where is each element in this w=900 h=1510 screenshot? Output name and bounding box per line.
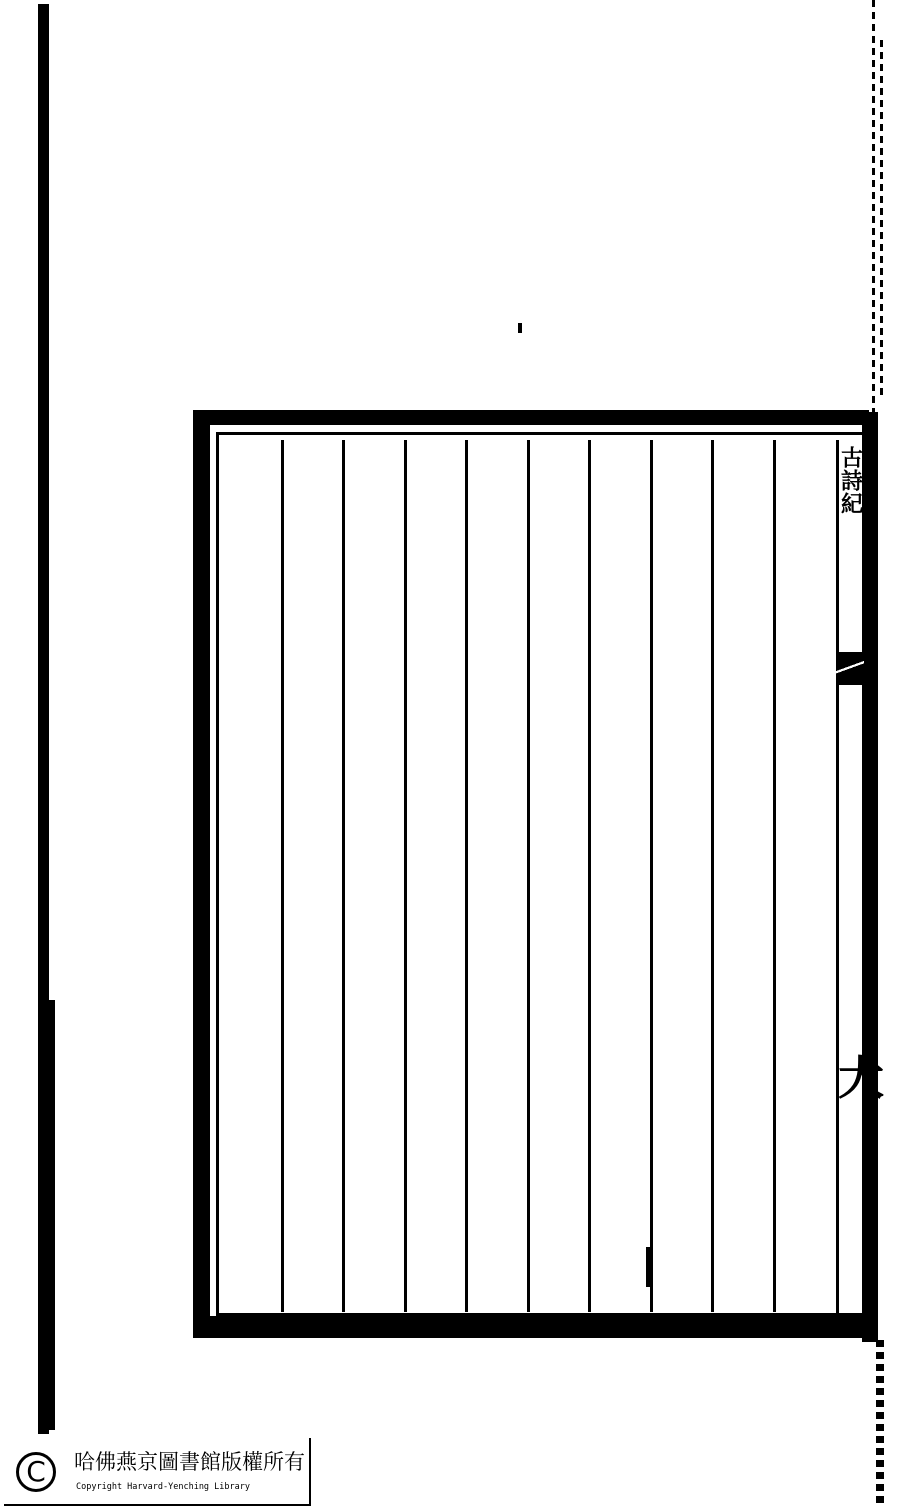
banxin-lower-rule bbox=[836, 685, 839, 1315]
banxin-title-strip: 古詩紀 bbox=[836, 440, 862, 655]
right-page-edge bbox=[872, 0, 875, 420]
ink-speck bbox=[518, 323, 522, 333]
banxin-title: 古詩紀 bbox=[840, 446, 862, 515]
copyright-stamp: C 哈佛燕京圖書館版權所有 Copyright Harvard-Yenching… bbox=[4, 1438, 311, 1506]
copyright-english: Copyright Harvard-Yenching Library bbox=[76, 1482, 250, 1492]
column-rule bbox=[773, 440, 776, 1312]
fishtail-mark bbox=[836, 655, 864, 685]
right-page-edge bbox=[880, 40, 883, 400]
column-rule bbox=[281, 440, 284, 1312]
column-rule bbox=[527, 440, 530, 1312]
scanned-page: 古詩紀 大 C 哈佛燕京圖書館版權所有 Copyright Harvard-Ye… bbox=[0, 0, 900, 1510]
column-rule bbox=[588, 440, 591, 1312]
inner-border-frame bbox=[216, 432, 864, 1316]
outer-border-right bbox=[862, 412, 878, 1342]
copyright-chinese: 哈佛燕京圖書館版權所有 bbox=[74, 1446, 305, 1476]
page-spine-edge-lower bbox=[42, 1000, 55, 1430]
column-rule bbox=[465, 440, 468, 1312]
column-rule bbox=[342, 440, 345, 1312]
column-rule bbox=[404, 440, 407, 1312]
copyright-icon: C bbox=[16, 1452, 56, 1492]
right-page-edge bbox=[876, 1340, 884, 1505]
column-rule bbox=[711, 440, 714, 1312]
column-rule bbox=[650, 440, 653, 1312]
volume-mark: 大 bbox=[838, 1055, 884, 1101]
